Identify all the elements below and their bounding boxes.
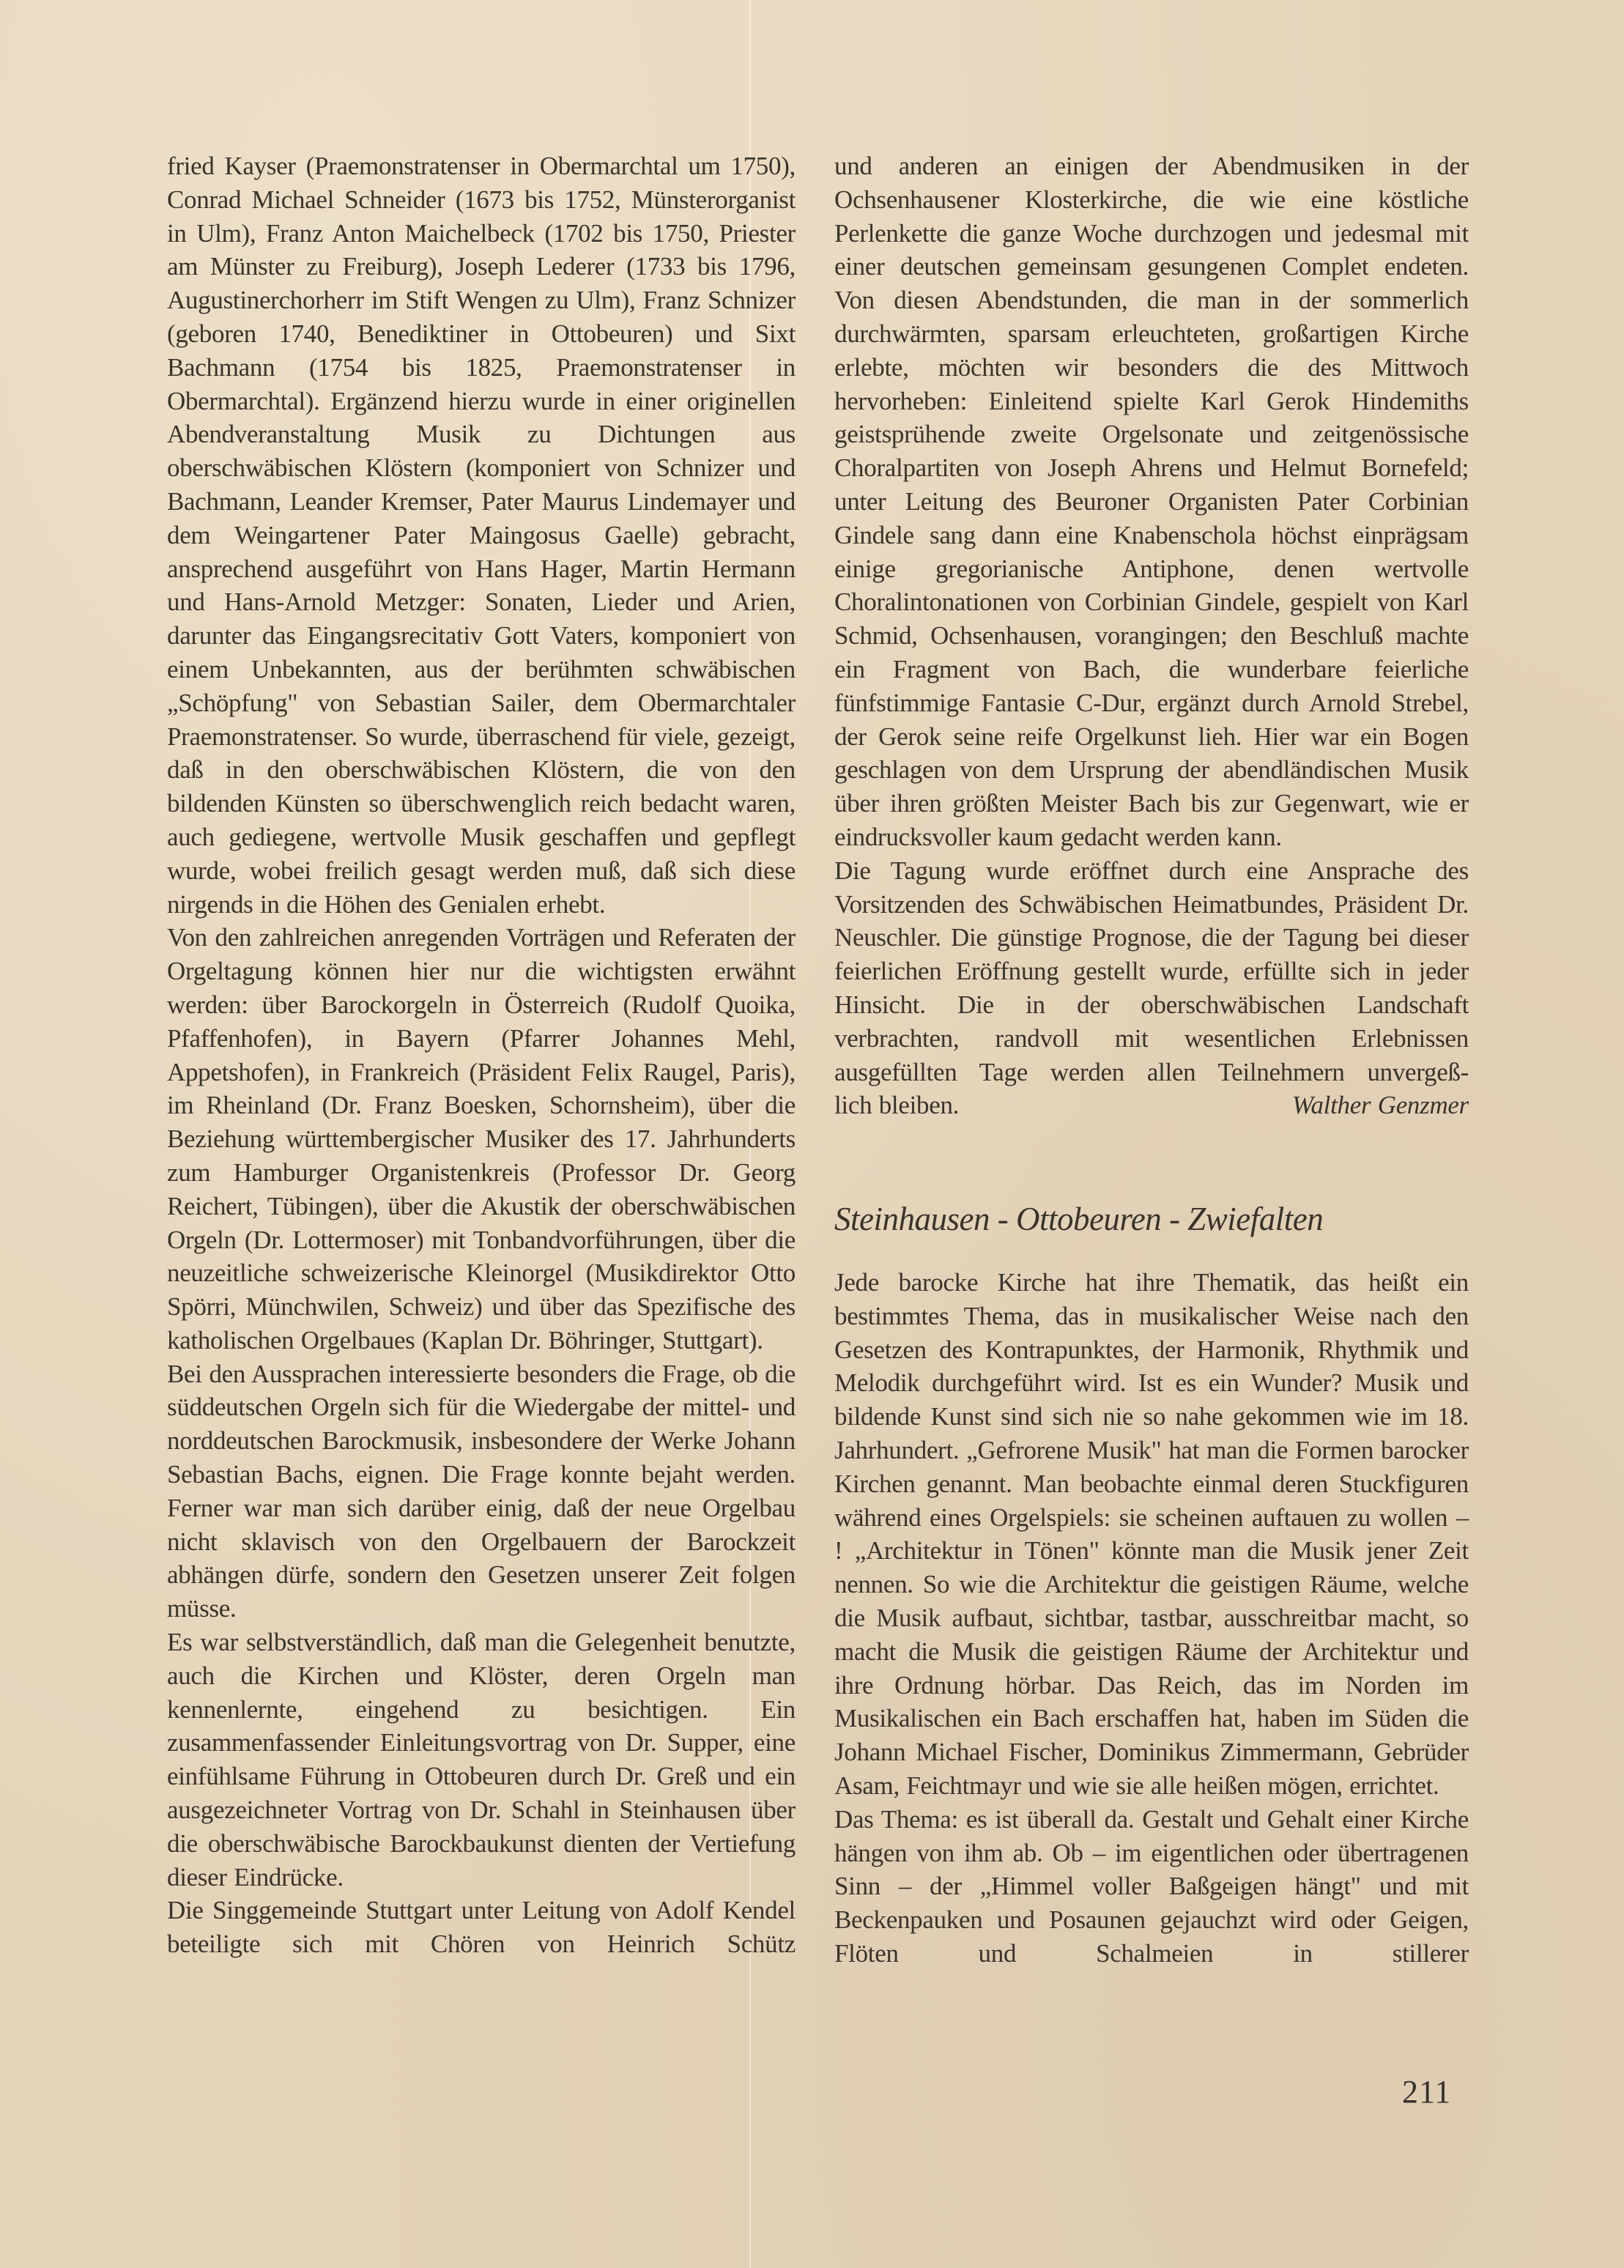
paragraph: Das Thema: es ist überall da. Gestalt un… (834, 1803, 1469, 1971)
author-signature: Walther Genzmer (1292, 1089, 1469, 1122)
closing-text: lich bleiben. (834, 1089, 959, 1122)
paragraph: Von den zahlreichen anregenden Vorträgen… (167, 921, 796, 1357)
paragraph: Die Singgemeinde Stuttgart unter Leitung… (167, 1894, 796, 1961)
paragraph: und anderen an einigen der Abendmusiken … (834, 149, 1469, 854)
paragraph: Es war selbstverständlich, daß man die G… (167, 1626, 796, 1894)
page-number: 211 (1402, 2073, 1451, 2110)
closing-line: lich bleiben. Walther Genzmer (834, 1089, 1469, 1122)
left-column: fried Kayser (Praemonstratenser in Oberm… (167, 149, 796, 1961)
document-page: fried Kayser (Praemonstratenser in Oberm… (0, 0, 1624, 2268)
paragraph: Jede barocke Kirche hat ihre Thematik, d… (834, 1266, 1469, 1803)
paragraph: fried Kayser (Praemonstratenser in Oberm… (167, 149, 796, 921)
right-column-section-body: Jede barocke Kirche hat ihre Thematik, d… (834, 1266, 1469, 1971)
right-column-top: und anderen an einigen der Abendmusiken … (834, 149, 1469, 1122)
paragraph: Bei den Aussprachen interessierte besond… (167, 1357, 796, 1626)
section-heading: Steinhausen - Ottobeuren - Zwiefalten (834, 1200, 1323, 1238)
paragraph: Die Tagung wurde eröffnet durch eine Ans… (834, 854, 1469, 1089)
